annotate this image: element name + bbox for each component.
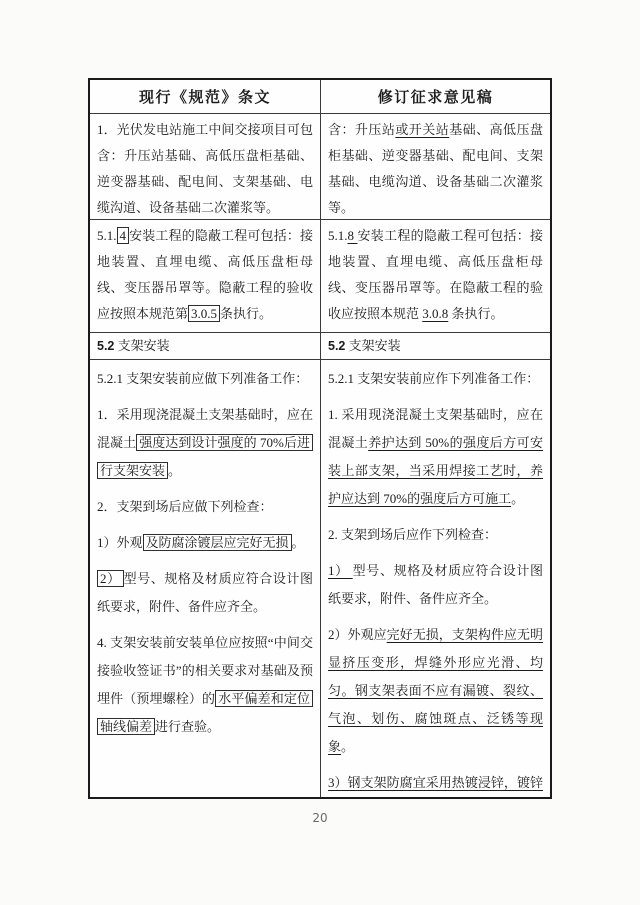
text-segment: 支架安装 bbox=[114, 338, 169, 353]
section-number: 5.2 bbox=[97, 339, 114, 353]
text-segment: 2. 支架到场后应作下列检查： bbox=[328, 527, 497, 542]
cell-current-concealed-works: 5.1.4安装工程的隐蔽工程可包括：接地装置、直埋电缆、高低压盘柜母线、变压器吊… bbox=[90, 220, 320, 332]
added-text-mark: 或开关站 bbox=[395, 122, 449, 137]
page-number: 20 bbox=[0, 811, 640, 825]
paragraph: 1. 采用现浇混凝土支架基础时，应在混凝土养护达到 50%的强度后方可安装上部支… bbox=[328, 401, 543, 513]
text-segment: 5.1. bbox=[97, 228, 117, 243]
text-segment: 1）外观 bbox=[97, 535, 143, 550]
text-segment: 含：升压站 bbox=[328, 122, 395, 137]
deleted-text-mark: 3.0.5 bbox=[188, 305, 220, 322]
text-segment: 1．光伏发电站施工中间交接项目可包含：升压站基础、高低压盘柜基础、逆变器基础、配… bbox=[97, 122, 313, 215]
cell-revised-section-5-2-title: 5.2 支架安装 bbox=[320, 333, 550, 359]
paragraph: 5.2 支架安装 bbox=[328, 336, 543, 356]
text-segment: 条执行。 bbox=[220, 306, 272, 321]
added-text-mark: 8 bbox=[348, 228, 358, 243]
text-segment: 。 bbox=[511, 491, 524, 506]
text-segment: 条执行。 bbox=[448, 306, 503, 321]
paragraph: 2）外观应完好无损，支架构件应无明显挤压变形，焊缝外形应光滑、均匀。钢支架表面不… bbox=[328, 621, 543, 761]
cell-current-bracket-installation: 5.2.1 支架安装前应做下列准备工作：1．采用现浇混凝土支架基础时，应在混凝土… bbox=[90, 360, 320, 797]
added-text-mark: 3）钢支架防腐宜采用热镀浸锌，镀锌层的平均厚度应符合产品设计技术规 bbox=[328, 775, 543, 797]
added-text-mark: 完好无损，支架构件应无明显挤压变形，焊缝外形应光滑、均匀。钢支架表面不应有漏镀、… bbox=[328, 627, 543, 754]
text-segment: 型号、规格及材质应符合设计图纸要求，附件、备件应齐全。 bbox=[328, 563, 543, 606]
cell-revised-handover-items: 含：升压站或开关站基础、高低压盘柜基础、逆变器基础、配电间、支架基础、电缆沟道、… bbox=[320, 114, 550, 219]
table-row-bracket-installation: 5.2.1 支架安装前应做下列准备工作：1．采用现浇混凝土支架基础时，应在混凝土… bbox=[90, 359, 550, 797]
cell-revised-bracket-installation: 5.2.1 支架安装前应作下列准备工作：1. 采用现浇混凝土支架基础时，应在混凝… bbox=[320, 360, 550, 797]
text-segment: 5.2.1 支架安装前应做下列准备工作： bbox=[97, 371, 308, 386]
text-segment: 。 bbox=[341, 739, 354, 754]
paragraph: 5.2.1 支架安装前应作下列准备工作： bbox=[328, 365, 543, 393]
paragraph: 1．光伏发电站施工中间交接项目可包含：升压站基础、高低压盘柜基础、逆变器基础、配… bbox=[97, 117, 313, 219]
text-segment: 型号、规格及材质应符合设计图纸要求，附件、备件应齐全。 bbox=[97, 571, 313, 614]
column-header-current-provisions: 现行《规范》条文 bbox=[90, 80, 320, 113]
text-segment: 进行查验。 bbox=[155, 719, 220, 734]
cell-revised-concealed-works: 5.1.8 安装工程的隐蔽工程可包括：接地装置、直埋电缆、高低压盘柜母线、变压器… bbox=[320, 220, 550, 332]
paragraph: 2．支架到场后应做下列检查： bbox=[97, 493, 313, 521]
text-segment: 。 bbox=[168, 463, 181, 478]
table-row-section-5-2-title: 5.2 支架安装 5.2 支架安装 bbox=[90, 332, 550, 359]
paragraph: 3）钢支架防腐宜采用热镀浸锌，镀锌层的平均厚度应符合产品设计技术规 bbox=[328, 769, 543, 797]
table-row-handover-items: 1．光伏发电站施工中间交接项目可包含：升压站基础、高低压盘柜基础、逆变器基础、配… bbox=[90, 113, 550, 219]
paragraph: 1）外观及防腐涂镀层应完好无损。 bbox=[97, 529, 313, 557]
section-number: 5.2 bbox=[328, 339, 345, 353]
comparison-table: 现行《规范》条文 修订征求意见稿 1．光伏发电站施工中间交接项目可包含：升压站基… bbox=[88, 78, 552, 799]
paragraph: 2. 支架到场后应作下列检查： bbox=[328, 521, 543, 549]
text-segment: 5.1. bbox=[328, 228, 348, 243]
text-segment: 。 bbox=[292, 535, 305, 550]
table-header-row: 现行《规范》条文 修订征求意见稿 bbox=[90, 80, 550, 113]
text-segment: 2）外观应 bbox=[328, 627, 387, 642]
paragraph: 2）型号、规格及材质应符合设计图纸要求，附件、备件应齐全。 bbox=[97, 565, 313, 621]
paragraph: 1） 型号、规格及材质应符合设计图纸要求，附件、备件应齐全。 bbox=[328, 557, 543, 613]
paragraph: 1．采用现浇混凝土支架基础时，应在混凝土强度达到设计强度的 70%后进行支架安装… bbox=[97, 401, 313, 485]
paragraph: 4. 支架安装前安装单位应按照“中间交接验收签证书”的相关要求对基础及预埋件（预… bbox=[97, 629, 313, 741]
cell-current-handover-items: 1．光伏发电站施工中间交接项目可包含：升压站基础、高低压盘柜基础、逆变器基础、配… bbox=[90, 114, 320, 219]
text-segment: 支架安装 bbox=[345, 338, 400, 353]
text-segment: 2．支架到场后应做下列检查： bbox=[97, 499, 273, 514]
paragraph: 5.1.4安装工程的隐蔽工程可包括：接地装置、直埋电缆、高低压盘柜母线、变压器吊… bbox=[97, 223, 313, 327]
added-text-mark: 1） bbox=[328, 563, 353, 578]
added-text-mark: 3.0.8 bbox=[422, 306, 448, 321]
paragraph: 5.2.1 支架安装前应做下列准备工作： bbox=[97, 365, 313, 393]
paragraph: 5.2 支架安装 bbox=[97, 336, 313, 356]
text-segment: 5.2.1 支架安装前应作下列准备工作： bbox=[328, 371, 539, 386]
cell-current-section-5-2-title: 5.2 支架安装 bbox=[90, 333, 320, 359]
column-header-revised-draft: 修订征求意见稿 bbox=[320, 80, 550, 113]
table-row-concealed-works: 5.1.4安装工程的隐蔽工程可包括：接地装置、直埋电缆、高低压盘柜母线、变压器吊… bbox=[90, 219, 550, 332]
deleted-text-mark: 2） bbox=[97, 570, 124, 587]
deleted-text-mark: 及防腐涂镀层应完好无损 bbox=[143, 534, 292, 551]
paragraph: 含：升压站或开关站基础、高低压盘柜基础、逆变器基础、配电间、支架基础、电缆沟道、… bbox=[328, 117, 543, 219]
paragraph: 5.1.8 安装工程的隐蔽工程可包括：接地装置、直埋电缆、高低压盘柜母线、变压器… bbox=[328, 223, 543, 327]
deleted-text-mark: 4 bbox=[117, 227, 130, 244]
